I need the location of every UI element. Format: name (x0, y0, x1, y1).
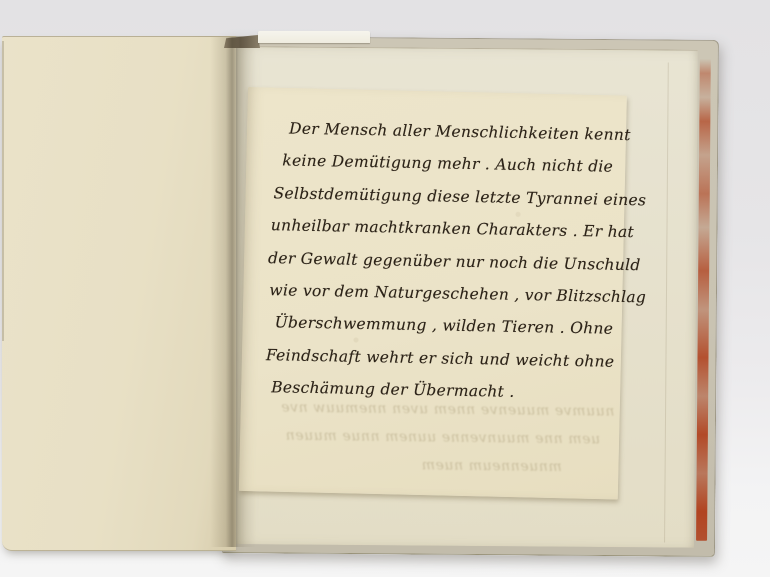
left-blank-page (2, 36, 236, 551)
show-through-line: nuumve muuenve nnem uven nnemuuw nve (284, 394, 614, 426)
red-fore-edge (696, 59, 711, 541)
manuscript-sheet: Der Mensch aller Menschlichkeiten kennt … (239, 87, 627, 499)
handwritten-text-block: Der Mensch aller Menschlichkeiten kennt … (277, 112, 619, 411)
show-through-line: uem nne muunvenne uunem nnue muuen (284, 422, 600, 454)
open-book: Der Mensch aller Menschlichkeiten kennt … (2, 33, 718, 552)
show-through-line: mnuenneum nuem (284, 450, 562, 481)
show-through-text: nuumve muuenve nnem uven nnemuuw nve uem… (284, 394, 615, 482)
interleaf-paper-tab (258, 31, 370, 43)
left-cover-edge (2, 41, 4, 341)
underlying-page-edge (664, 62, 669, 542)
photograph-of-open-book: Der Mensch aller Menschlichkeiten kennt … (0, 0, 770, 577)
